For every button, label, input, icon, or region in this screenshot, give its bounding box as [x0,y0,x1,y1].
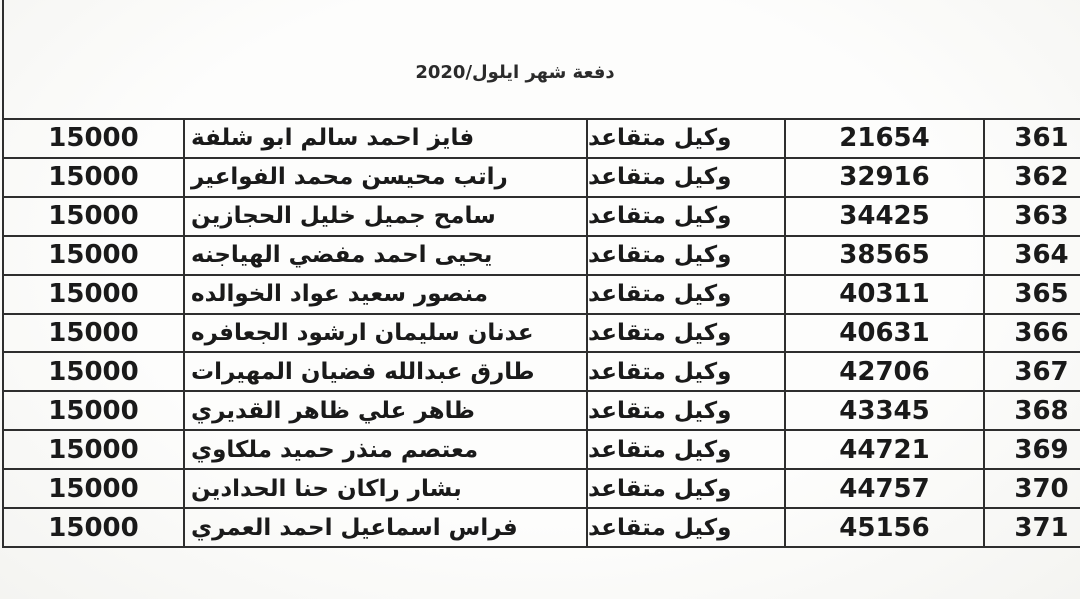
row-number-cell: 361 [985,120,1080,159]
rank-cell: وكيل متقاعد [588,509,786,548]
name-cell: معتصم منذر حميد ملكاوي [185,431,588,470]
amount-cell: 15000 [4,509,185,548]
row-number-cell: 367 [985,353,1080,392]
name-cell: طارق عبدالله فضيان المهيرات [185,353,588,392]
rank-cell: وكيل متقاعد [588,198,786,237]
amount-cell: 15000 [4,431,185,470]
serial-cell: 32916 [786,159,985,198]
rank-cell: وكيل متقاعد [588,159,786,198]
name-cell: منصور سعيد عواد الخوالده [185,276,588,315]
rank-cell: وكيل متقاعد [588,431,786,470]
name-cell: عدنان سليمان ارشود الجعافره [185,315,588,354]
rank-cell: وكيل متقاعد [588,315,786,354]
serial-cell: 43345 [786,392,985,431]
row-number-cell: 370 [985,470,1080,509]
amount-cell: 15000 [4,198,185,237]
serial-cell: 21654 [786,120,985,159]
name-cell: فايز احمد سالم ابو شلفة [185,120,588,159]
rank-cell: وكيل متقاعد [588,237,786,276]
name-cell: يحيى احمد مفضي الهياجنه [185,237,588,276]
serial-cell: 40311 [786,276,985,315]
row-number-cell: 362 [985,159,1080,198]
rank-cell: وكيل متقاعد [588,353,786,392]
name-cell: بشار راكان حنا الحدادين [185,470,588,509]
rank-cell: وكيل متقاعد [588,392,786,431]
row-number-cell: 366 [985,315,1080,354]
document-page: دفعة شهر ايلول/2020 15000 فايز احمد سالم… [0,0,1080,599]
serial-cell: 40631 [786,315,985,354]
serial-cell: 44757 [786,470,985,509]
serial-cell: 45156 [786,509,985,548]
rank-cell: وكيل متقاعد [588,120,786,159]
serial-cell: 34425 [786,198,985,237]
rank-cell: وكيل متقاعد [588,470,786,509]
row-number-cell: 363 [985,198,1080,237]
serial-cell: 38565 [786,237,985,276]
serial-cell: 42706 [786,353,985,392]
rank-cell: وكيل متقاعد [588,276,786,315]
name-cell: سامح جميل خليل الحجازين [185,198,588,237]
row-number-cell: 365 [985,276,1080,315]
amount-cell: 15000 [4,315,185,354]
amount-cell: 15000 [4,237,185,276]
amount-cell: 15000 [4,159,185,198]
row-number-cell: 364 [985,237,1080,276]
amount-cell: 15000 [4,392,185,431]
amount-cell: 15000 [4,120,185,159]
name-cell: راتب محيسن محمد الفواعير [185,159,588,198]
payments-table: 15000 فايز احمد سالم ابو شلفة وكيل متقاع… [2,118,1080,548]
row-number-cell: 371 [985,509,1080,548]
amount-cell: 15000 [4,353,185,392]
amount-cell: 15000 [4,276,185,315]
amount-cell: 15000 [4,470,185,509]
serial-cell: 44721 [786,431,985,470]
document-title: دفعة شهر ايلول/2020 [0,62,1030,83]
row-number-cell: 369 [985,431,1080,470]
row-number-cell: 368 [985,392,1080,431]
name-cell: فراس اسماعيل احمد العمري [185,509,588,548]
name-cell: ظاهر علي ظاهر القديري [185,392,588,431]
table-left-border-segment [2,0,4,118]
